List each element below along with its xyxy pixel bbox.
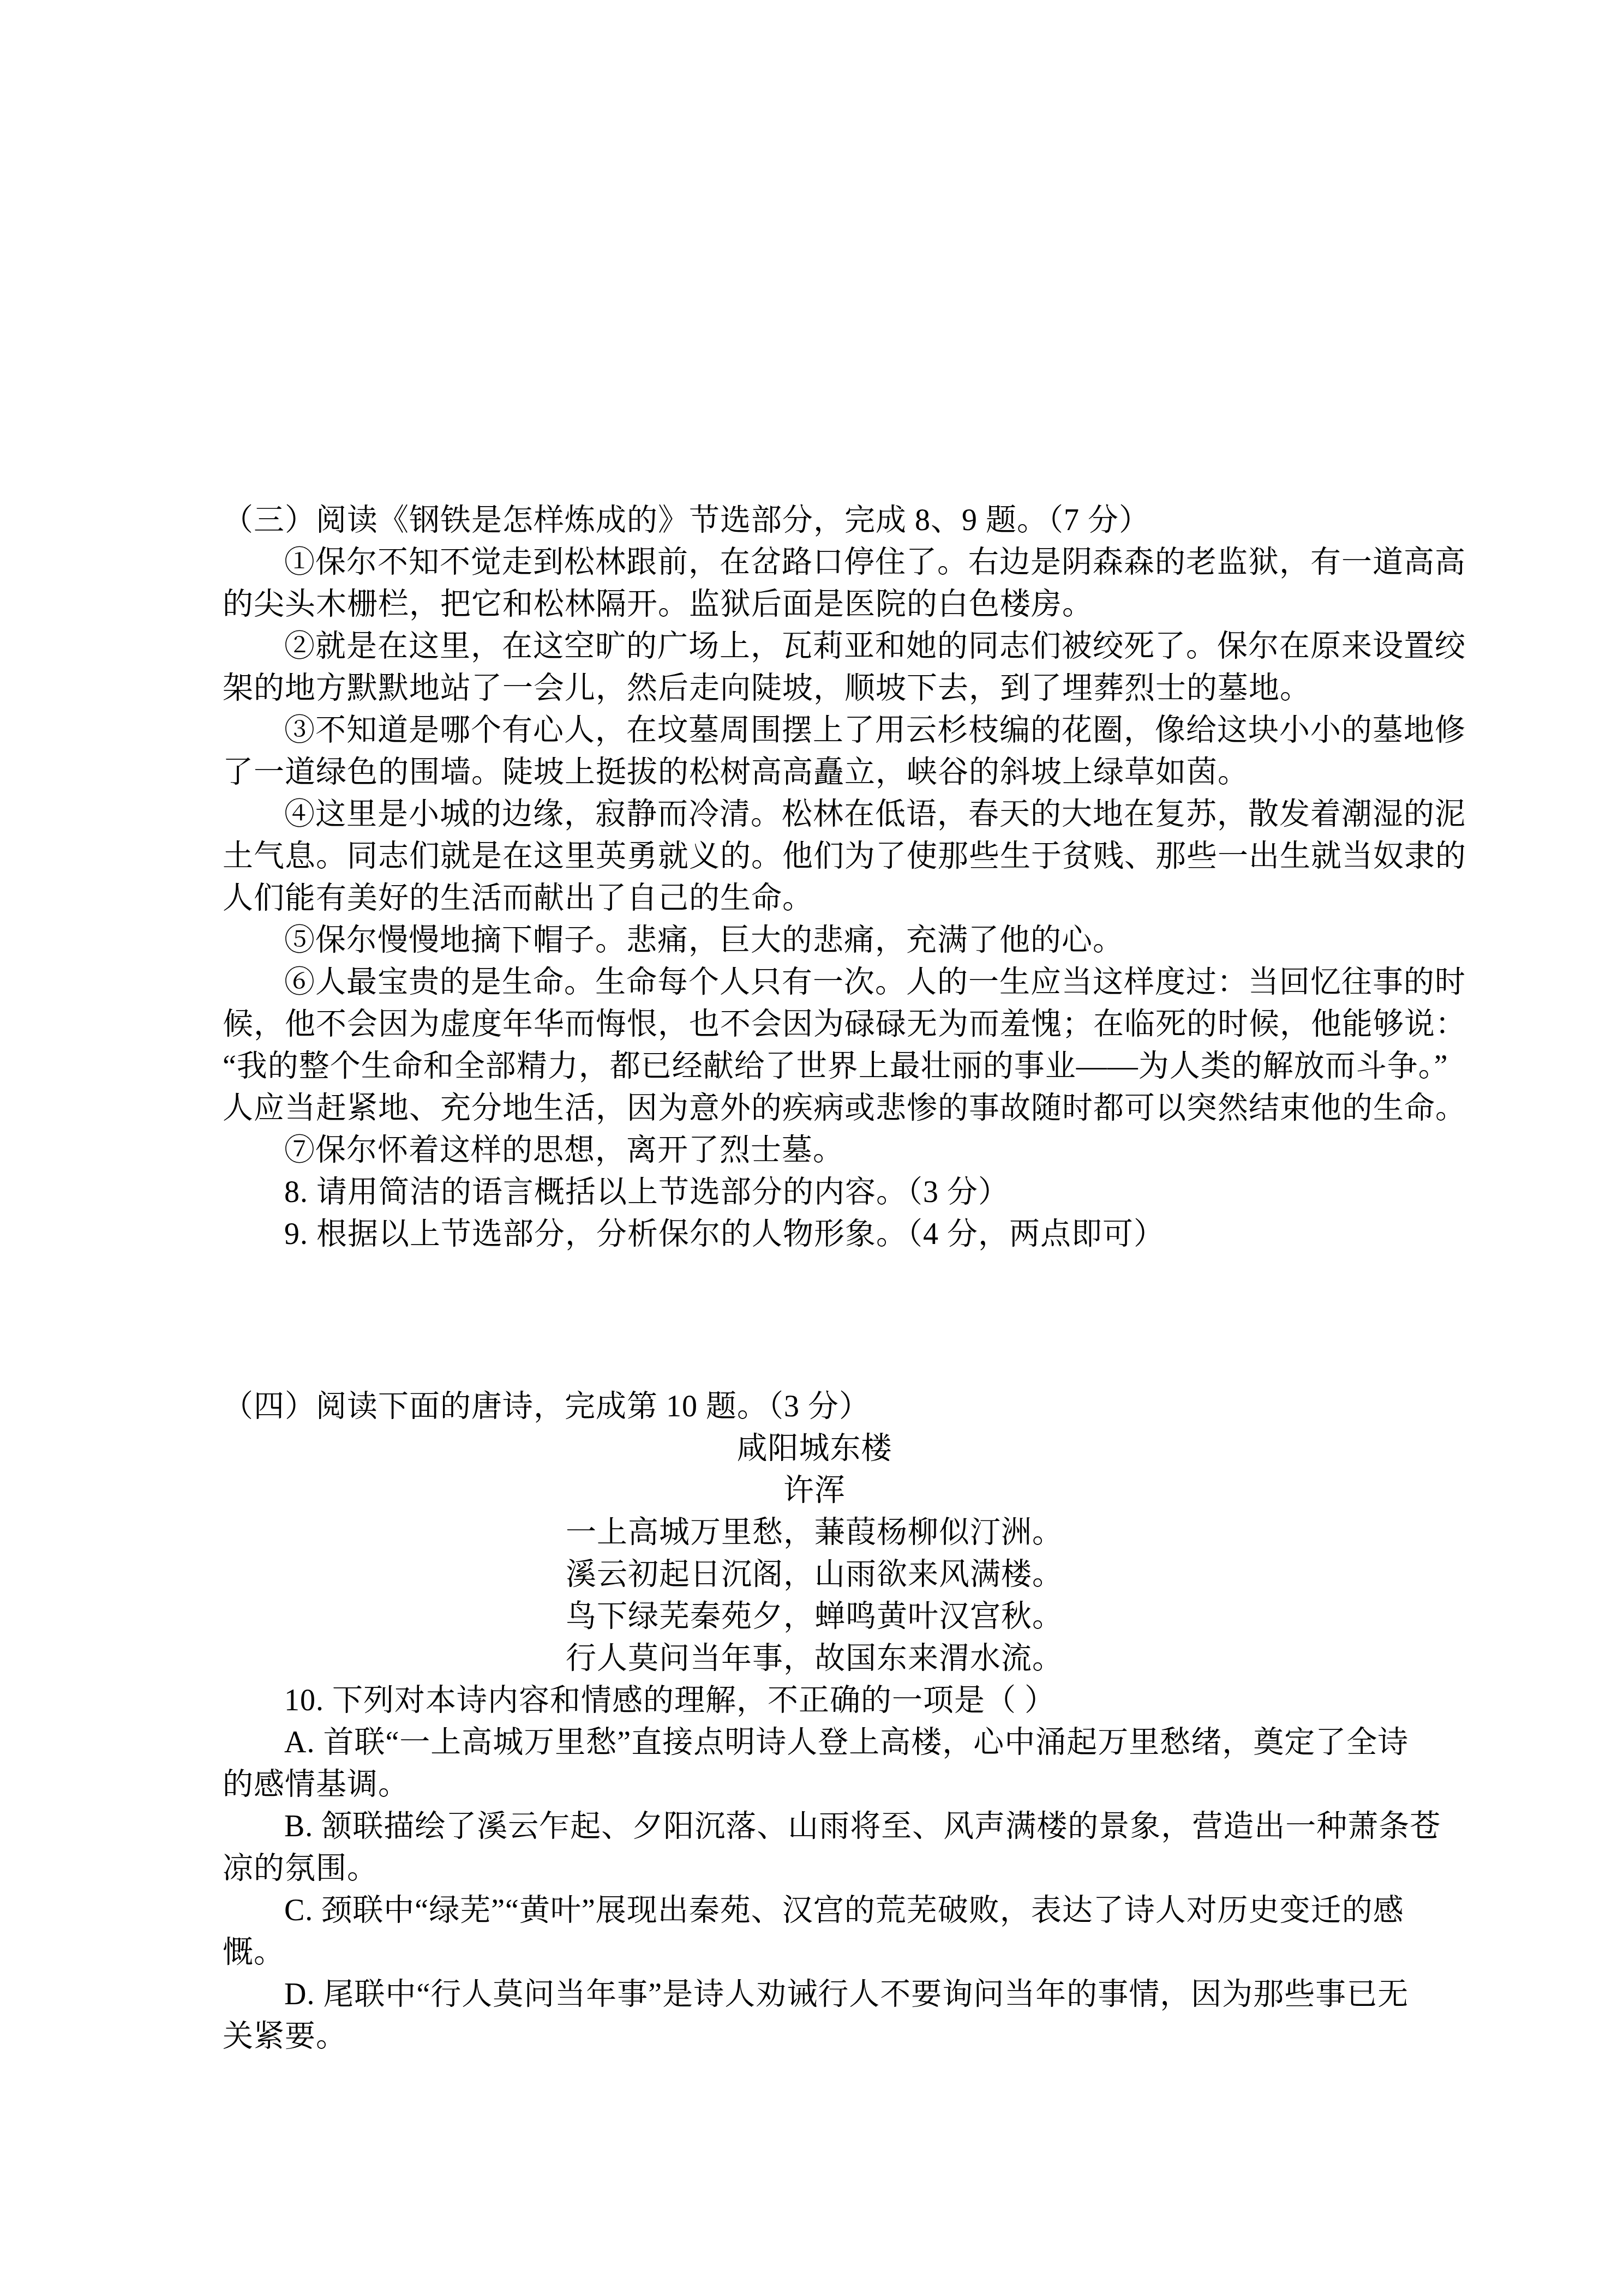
document-page: （三）阅读《钢铁是怎样炼成的》节选部分，完成 8、9 题。（7 分） ①保尔不知…: [0, 0, 1624, 2296]
option-b-line-1: B. 颔联描绘了溪云乍起、夕阳沉落、山雨将至、风声满楼的景象，营造出一种萧条苍: [223, 1806, 1406, 1848]
question-8: 8. 请用简洁的语言概括以上节选部分的内容。（3 分）: [223, 1171, 1406, 1213]
poem-verse-2: 溪云初起日沉阁，山雨欲来风满楼。: [223, 1554, 1406, 1596]
para-3-line-2: 了一道绿色的围墙。陡坡上挺拔的松树高高矗立，峡谷的斜坡上绿草如茵。: [223, 752, 1406, 794]
para-4-line-1: ④这里是小城的边缘，寂静而冷清。松林在低语，春天的大地在复苏，散发着潮湿的泥: [223, 794, 1406, 836]
poem-title: 咸阳城东楼: [223, 1428, 1406, 1470]
section3-heading: （三）阅读《钢铁是怎样炼成的》节选部分，完成 8、9 题。（7 分）: [223, 500, 1406, 542]
para-5-line-1: ⑤保尔慢慢地摘下帽子。悲痛，巨大的悲痛，充满了他的心。: [223, 919, 1406, 961]
option-c-line-2: 慨。: [223, 1932, 1406, 1974]
option-a-line-1: A. 首联“一上高城万里愁”直接点明诗人登上高楼，心中涌起万里愁绪，奠定了全诗: [223, 1722, 1406, 1764]
section4-heading: （四）阅读下面的唐诗，完成第 10 题。（3 分）: [223, 1386, 1406, 1428]
poem-verse-4: 行人莫问当年事，故国东来渭水流。: [223, 1638, 1406, 1680]
para-4-line-2: 土气息。同志们就是在这里英勇就义的。他们为了使那些生于贫贱、那些一出生就当奴隶的: [223, 836, 1406, 877]
poem-author: 许浑: [223, 1470, 1406, 1512]
option-b-line-2: 凉的氛围。: [223, 1848, 1406, 1890]
option-d-line-2: 关紧要。: [223, 2016, 1406, 2058]
para-6-line-4: 人应当赶紧地、充分地生活，因为意外的疾病或悲惨的事故随时都可以突然结束他的生命。: [223, 1087, 1406, 1129]
para-2-line-1: ②就是在这里，在这空旷的广场上，瓦莉亚和她的同志们被绞死了。保尔在原来设置绞: [223, 626, 1406, 668]
poem-verse-3: 鸟下绿芜秦苑夕，蝉鸣黄叶汉宫秋。: [223, 1596, 1406, 1638]
para-6-line-1: ⑥人最宝贵的是生命。生命每个人只有一次。人的一生应当这样度过：当回忆往事的时: [223, 961, 1406, 1003]
para-6-line-3: “我的整个生命和全部精力，都已经献给了世界上最壮丽的事业——为人类的解放而斗争。…: [223, 1045, 1406, 1087]
question-10: 10. 下列对本诗内容和情感的理解，不正确的一项是（ ）: [223, 1680, 1406, 1722]
para-4-line-3: 人们能有美好的生活而献出了自己的生命。: [223, 877, 1406, 919]
para-7-line-1: ⑦保尔怀着这样的思想，离开了烈士墓。: [223, 1129, 1406, 1171]
option-d-line-1: D. 尾联中“行人莫问当年事”是诗人劝诫行人不要询问当年的事情，因为那些事已无: [223, 1974, 1406, 2016]
poem-verse-1: 一上高城万里愁，蒹葭杨柳似汀洲。: [223, 1512, 1406, 1554]
question-9: 9. 根据以上节选部分，分析保尔的人物形象。（4 分，两点即可）: [223, 1213, 1406, 1255]
para-3-line-1: ③不知道是哪个有心人，在坟墓周围摆上了用云杉枝编的花圈，像给这块小小的墓地修: [223, 710, 1406, 752]
option-c-line-1: C. 颈联中“绿芜”“黄叶”展现出秦苑、汉宫的荒芜破败，表达了诗人对历史变迁的感: [223, 1890, 1406, 1932]
option-a-line-2: 的感情基调。: [223, 1764, 1406, 1806]
para-6-line-2: 候，他不会因为虚度年华而悔恨，也不会因为碌碌无为而羞愧；在临死的时候，他能够说：: [223, 1003, 1406, 1045]
para-1-line-1: ①保尔不知不觉走到松林跟前，在岔路口停住了。右边是阴森森的老监狱，有一道高高: [223, 542, 1406, 584]
para-1-line-2: 的尖头木栅栏，把它和松林隔开。监狱后面是医院的白色楼房。: [223, 584, 1406, 626]
para-2-line-2: 架的地方默默地站了一会儿，然后走向陡坡，顺坡下去，到了埋葬烈士的墓地。: [223, 668, 1406, 710]
text-column: （三）阅读《钢铁是怎样炼成的》节选部分，完成 8、9 题。（7 分） ①保尔不知…: [223, 500, 1406, 2058]
